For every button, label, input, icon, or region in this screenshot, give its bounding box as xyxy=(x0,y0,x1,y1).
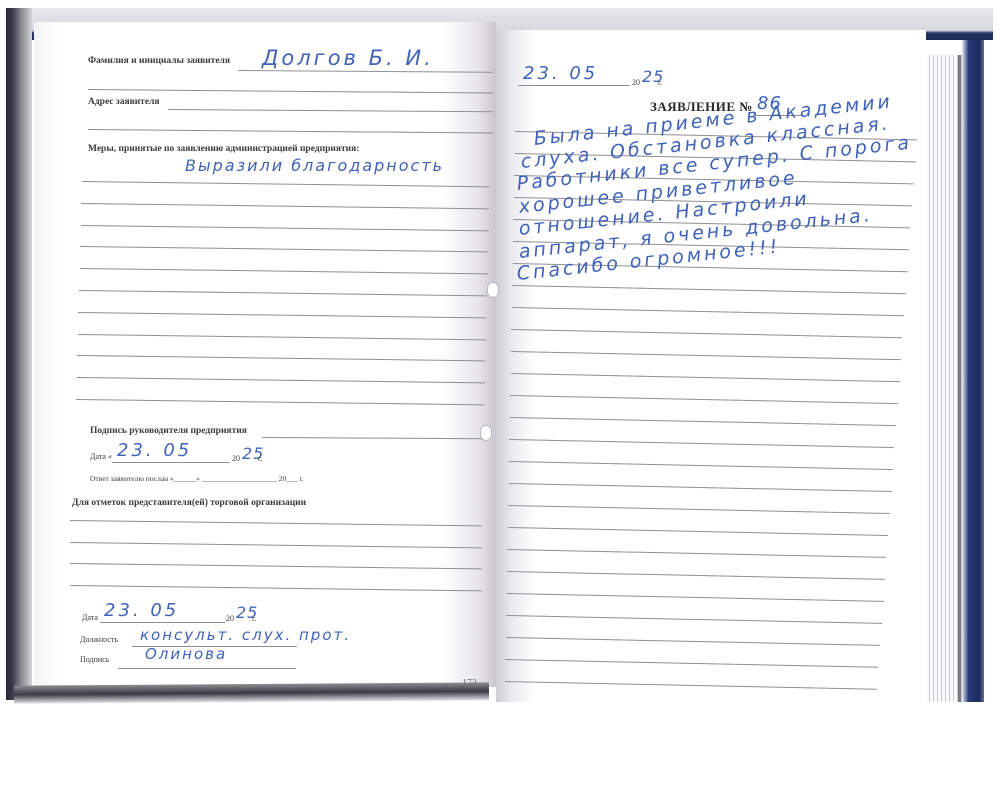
measures-value: Выразили благодарность xyxy=(185,156,444,175)
rep-year-suffix: г. xyxy=(252,614,256,623)
binding-stitch xyxy=(480,425,492,441)
statement-year-suffix: г. xyxy=(658,78,662,87)
reply-sent-label: Ответ заявителю послан «______» ________… xyxy=(90,474,304,483)
rep-date-line xyxy=(100,622,225,623)
position-value: консульт. слух. прот. xyxy=(140,626,351,644)
year-suffix: г. xyxy=(258,454,262,463)
statement-date-value: 23. 05 xyxy=(523,63,598,84)
manager-signature-label: Подпись руководителя предприятия xyxy=(90,426,247,436)
book-cover-left-edge xyxy=(6,8,32,700)
position-label: Должность xyxy=(80,635,118,644)
applicant-name-label: Фамилия и инициалы заявителя xyxy=(88,56,230,66)
date-line xyxy=(112,462,230,463)
rep-date-label: Дата xyxy=(82,613,98,622)
binding-stitch xyxy=(487,282,499,298)
signature-label: Подпись xyxy=(80,655,109,664)
scanned-document: Фамилия и инициалы заявителя Долгов Б. И… xyxy=(0,0,1000,800)
rep-year-prefix: 20 xyxy=(226,614,234,623)
date-value: 23. 05 xyxy=(117,440,192,461)
measures-label: Меры, принятые по заявлению администраци… xyxy=(88,144,359,154)
year-prefix: 20 xyxy=(232,454,240,463)
book-cover-bottom-edge xyxy=(14,682,489,703)
applicant-name-value: Долгов Б. И. xyxy=(262,46,434,70)
signature-value: Олинова xyxy=(145,645,227,663)
rep-date-value: 23. 05 xyxy=(104,600,179,621)
page-stack-line xyxy=(958,55,961,702)
page-number: 173 xyxy=(462,678,477,689)
signature-line xyxy=(118,668,296,669)
applicant-address-label: Адрес заявителя xyxy=(88,97,160,107)
statement-year-prefix: 20 xyxy=(632,78,640,87)
date-label: Дата « xyxy=(90,452,112,461)
statement-date-line xyxy=(518,85,630,86)
trade-rep-label: Для отметок представителя(ей) торговой о… xyxy=(72,498,306,508)
book-cover-right-edge xyxy=(962,40,984,702)
